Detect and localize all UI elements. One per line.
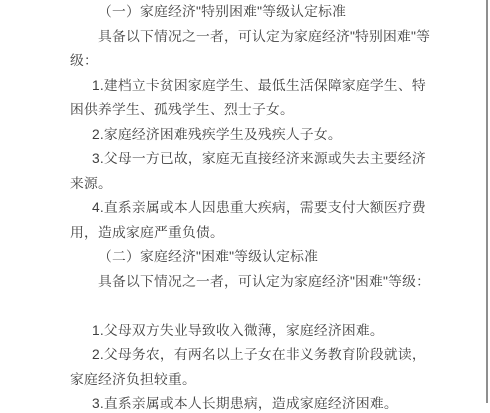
text-line: 2.家庭经济困难残疾学生及残疾人子女。 [70,123,430,148]
text-line: 2.父母务农，有两名以上子女在非义务教育阶段就读， [70,343,430,368]
text-line: 1.建档立卡贫困家庭学生、最低生活保障家庭学生、特 [70,74,430,99]
text-line: （一）家庭经济"特别困难"等级认定标准 [70,0,430,25]
text-line: 4.直系亲属或本人因患重大疾病，需要支付大额医疗费 [70,196,430,221]
text-line: 1.父母双方失业导致收入微薄，家庭经济困难。 [70,319,430,344]
text-line: 用，造成家庭严重负债。 [70,221,430,246]
text-line: 3.父母一方已故，家庭无直接经济来源或失去主要经济 [70,147,430,172]
text-line: （二）家庭经济"困难"等级认定标准 [70,245,430,270]
text-line: 来源。 [70,172,430,197]
text-line: 家庭经济负担较重。 [70,368,430,393]
document-text: （一）家庭经济"特别困难"等级认定标准具备以下情况之一者，可认定为家庭经济"特别… [70,0,430,413]
blank-line [70,294,430,319]
document-page: （一）家庭经济"特别困难"等级认定标准具备以下情况之一者，可认定为家庭经济"特别… [0,0,490,413]
text-line: 级： [70,49,430,74]
text-line: 困供养学生、孤残学生、烈士子女。 [70,98,430,123]
text-line: 3.直系亲属或本人长期患病，造成家庭经济困难。 [70,392,430,413]
text-line: 具备以下情况之一者，可认定为家庭经济"特别困难"等 [70,25,430,50]
text-line: 具备以下情况之一者，可认定为家庭经济"困难"等级： [70,270,430,295]
vertical-divider-line [486,0,488,403]
